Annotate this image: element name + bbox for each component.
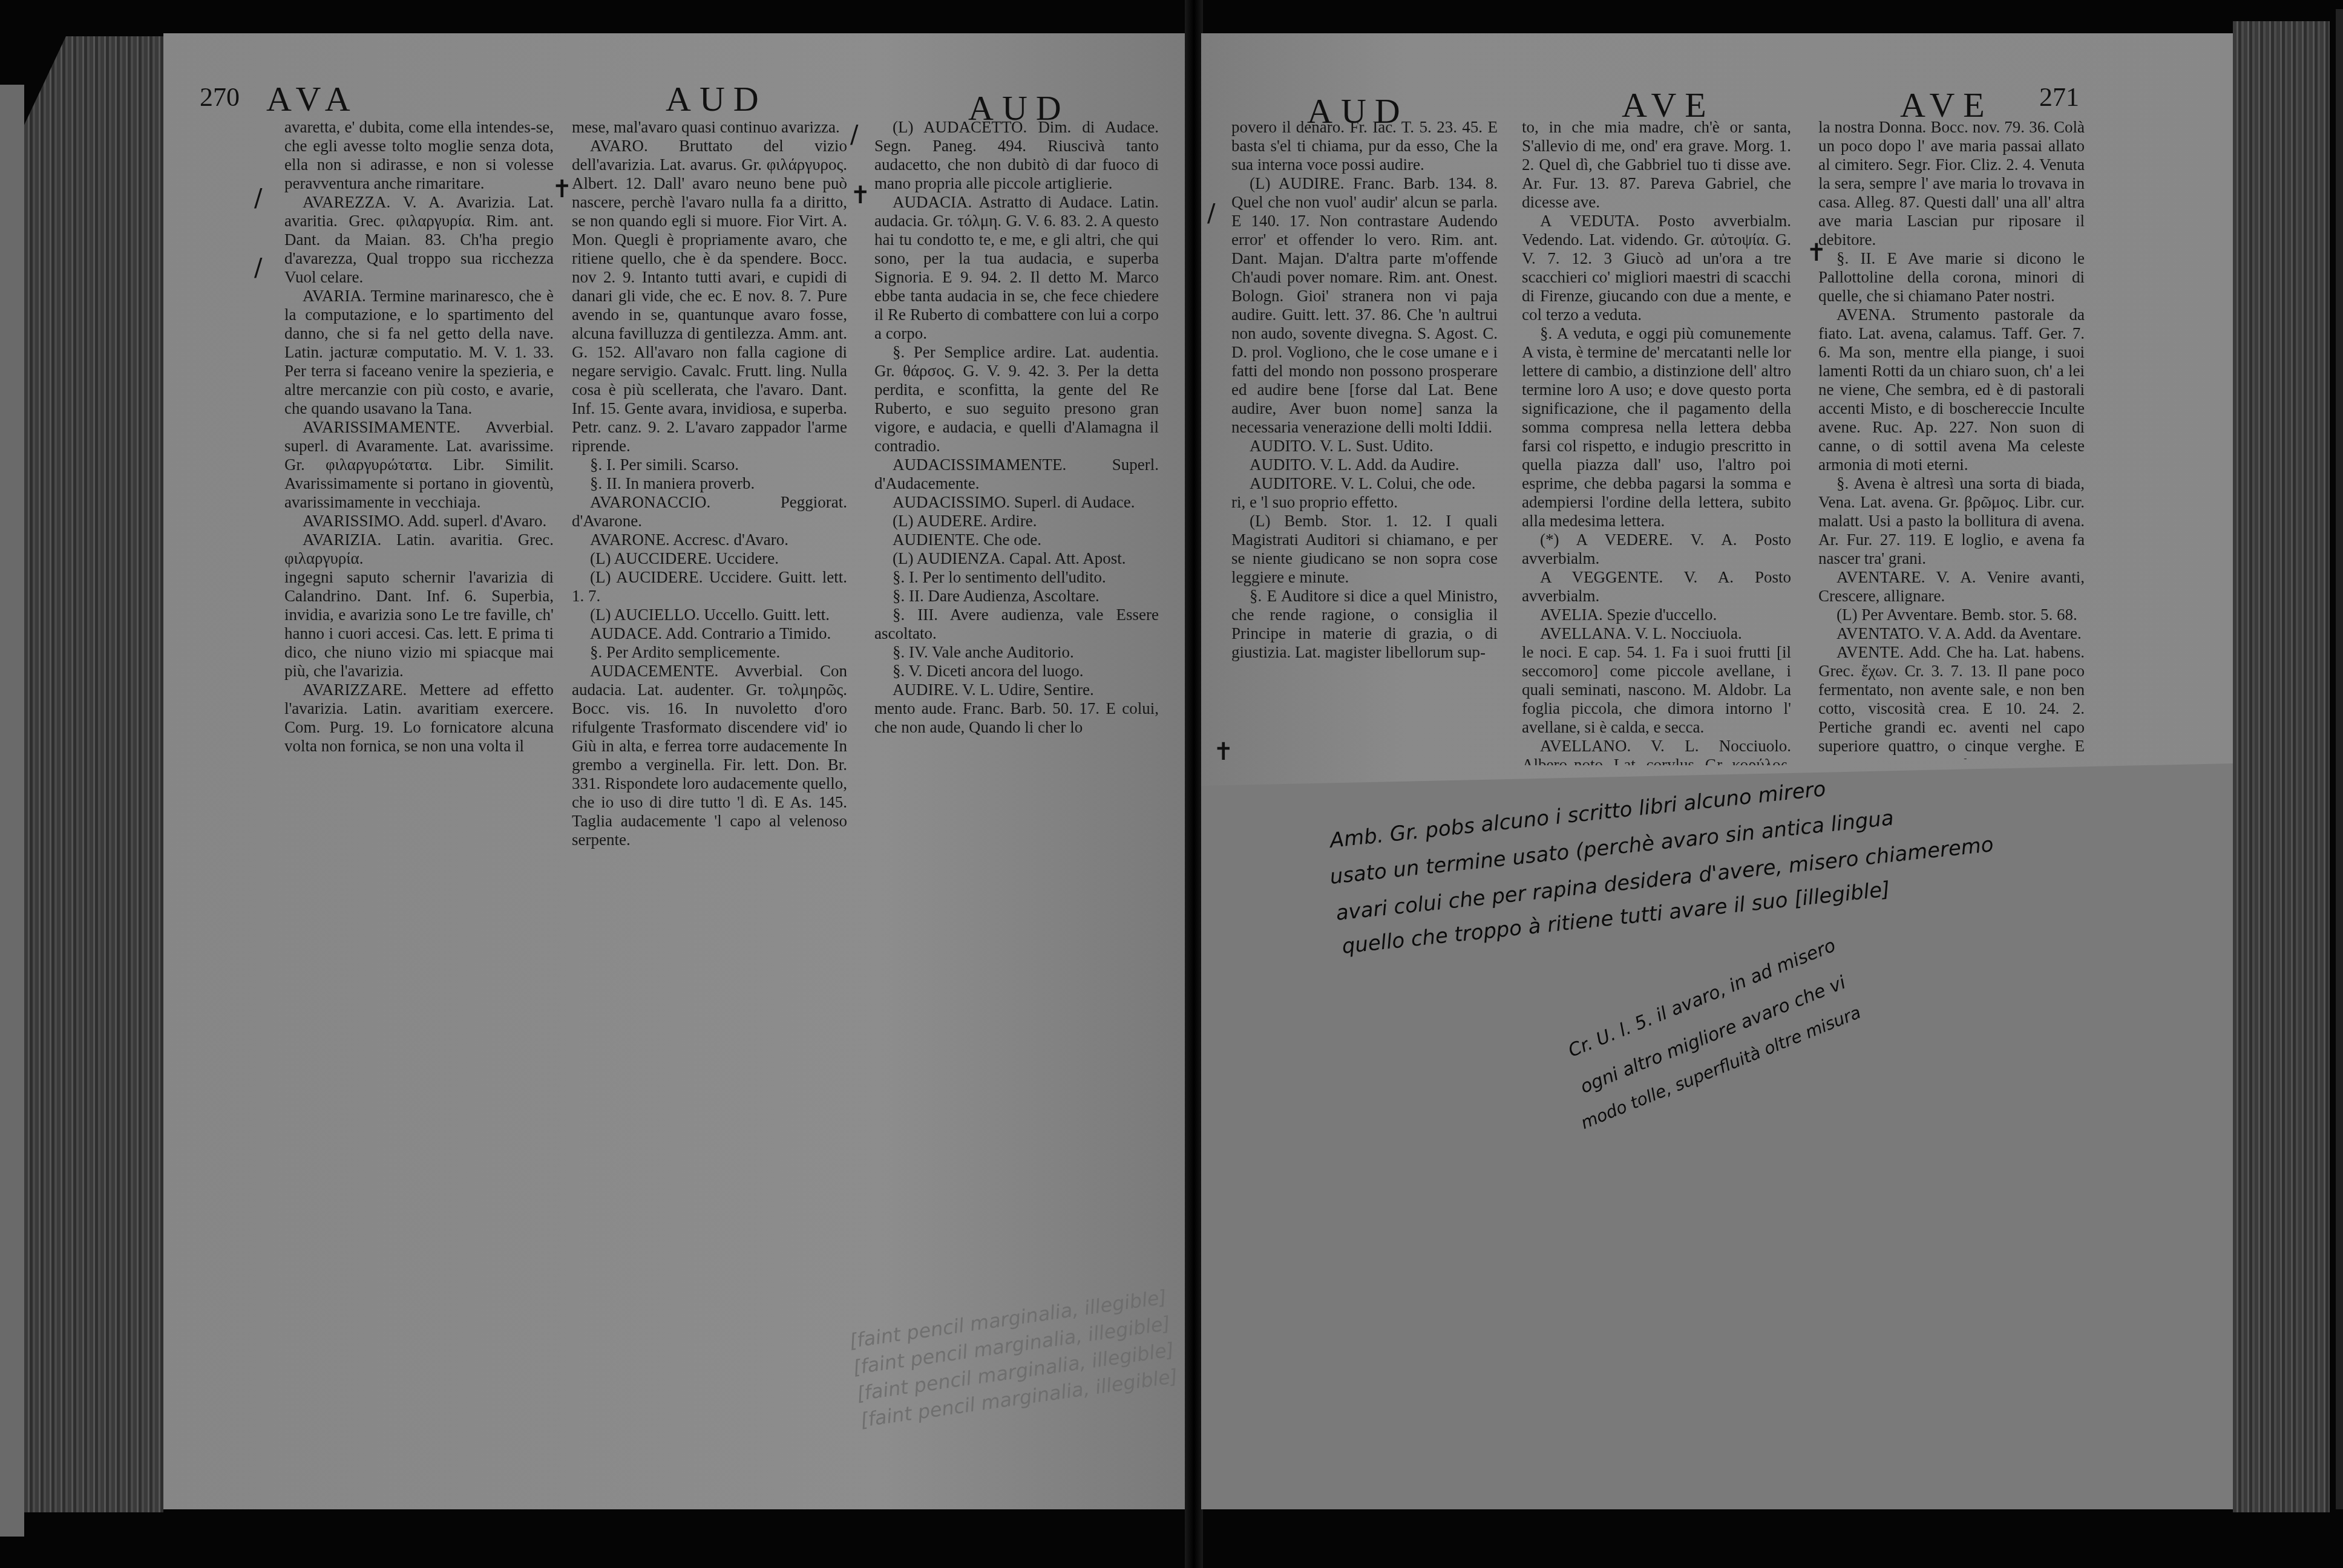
book-cover-left (0, 85, 24, 1537)
entry: AVENTARE. V. A. Venire avanti, Crescere,… (1818, 568, 2085, 606)
entry: AVARONE. Accresc. d'Avaro. (572, 531, 847, 549)
entry: §. II. In maniera proverb. (572, 474, 847, 493)
book-cover-right (2336, 9, 2343, 1509)
entry: §. II. Dare Audienza, Ascoltare. (874, 587, 1159, 606)
entry: §. A veduta, e oggi più comunemente A vi… (1522, 324, 1791, 531)
left-page-column-1: avaretta, e' dubita, come ella intendes-… (284, 118, 554, 1261)
page-fore-edge-left (24, 36, 163, 1512)
left-page-column-2: mese, mal'avaro quasi continuo avarizza.… (572, 118, 847, 1261)
entry: AUDACEMENTE. Avverbial. Con audacia. Lat… (572, 662, 847, 849)
entry: AVENTE. Add. Che ha. Lat. habens. Grec. … (1818, 643, 2085, 759)
ink-tick-mark: / (850, 121, 858, 149)
entry: AVARIZIA. Latin. avaritia. Grec. φιλαργυ… (284, 531, 554, 568)
entry: §. III. Avere audienza, vale Essere asco… (874, 606, 1159, 643)
ink-cross-mark: ✝ (1213, 738, 1234, 766)
left-page-number: 270 (200, 82, 240, 113)
entry: §. E Auditore si dice a quel Ministro, c… (1231, 587, 1498, 662)
ink-cross-mark: ✝ (850, 181, 871, 209)
entry: (L) AUCIDERE. Uccidere. Guitt. lett. 1. … (572, 568, 847, 606)
left-page-column-3: (L) AUDACETTO. Dim. di Audace. Segn. Pan… (874, 118, 1159, 1304)
right-page-column-3: la nostra Donna. Bocc. nov. 79. 36. Colà… (1818, 118, 2085, 759)
entry: AVARONACCIO. Peggiorat. d'Avarone. (572, 493, 847, 531)
entry: AVELLANA. V. L. Nocciuola. (1522, 624, 1791, 643)
entry: §. Per Ardito semplicemente. (572, 643, 847, 662)
entry: §. IV. Vale anche Auditorio. (874, 643, 1159, 662)
entry: avaretta, e' dubita, come ella intendes-… (284, 118, 554, 193)
entry: A VEDUTA. Posto avverbialm. Vedendo. Lat… (1522, 212, 1791, 324)
entry: §. I. Per simili. Scarso. (572, 456, 847, 474)
entry: AUDITO. V. L. Add. da Audire. (1231, 456, 1498, 474)
entry: AVARISSIMAMENTE. Avverbial. superl. di A… (284, 418, 554, 512)
ink-tick-mark: / (254, 185, 262, 212)
entry: to, in che mia madre, ch'è or santa, S'a… (1522, 118, 1791, 212)
entry: AVARO. Bruttato del vizio dell'avarizia.… (572, 137, 847, 456)
entry: AVELIA. Spezie d'uccello. (1522, 606, 1791, 624)
entry: AVARIA. Termine marinaresco, che è la co… (284, 287, 554, 418)
right-page-number: 271 (2039, 82, 2079, 113)
ink-cross-mark: ✝ (552, 175, 572, 203)
entry: AUDACISSIMAMENTE. Superl. d'Audacemente. (874, 456, 1159, 493)
entry: le noci. E cap. 54. 1. Fa i suoi frutti … (1522, 643, 1791, 737)
entry: AVENA. Strumento pastorale da fiato. Lat… (1818, 305, 2085, 474)
entry: (L) Per Avventare. Bemb. stor. 5. 68. (1818, 606, 2085, 624)
entry: ri, e 'l suo proprio effetto. (1231, 493, 1498, 512)
entry: AVARIZZARE. Mettere ad effetto l'avarizi… (284, 681, 554, 756)
entry: §. I. Per lo sentimento dell'udito. (874, 568, 1159, 587)
entry: povero il denaro. Fr. Iac. T. 5. 23. 45.… (1231, 118, 1498, 174)
entry: la nostra Donna. Bocc. nov. 79. 36. Colà… (1818, 118, 2085, 249)
ink-tick-mark: / (254, 254, 262, 282)
entry: AUDACIA. Astratto di Audace. Latin. auda… (874, 193, 1159, 343)
ink-tick-mark: / (1207, 200, 1215, 227)
right-page-column-1: povero il denaro. Fr. Iac. T. 5. 23. 45.… (1231, 118, 1498, 768)
entry: (L) AUDACETTO. Dim. di Audace. Segn. Pan… (874, 118, 1159, 193)
entry: AVARISSIMO. Add. superl. d'Avaro. (284, 512, 554, 531)
entry: AUDITORE. V. L. Colui, che ode. (1231, 474, 1498, 493)
entry: (L) AUDIRE. Franc. Barb. 134. 8. Quel ch… (1231, 174, 1498, 437)
entry: AVELLANO. V. L. Nocciuolo. Albero noto. … (1522, 737, 1791, 765)
entry: AVENTATO. V. A. Add. da Aventare. (1818, 624, 2085, 643)
entry: §. Avena è altresì una sorta di biada, V… (1818, 474, 2085, 568)
right-page-column-2: to, in che mia madre, ch'è or santa, S'a… (1522, 118, 1791, 765)
entry: §. V. Diceti ancora del luogo. (874, 662, 1159, 681)
page-fore-edge-right (2233, 21, 2330, 1512)
entry: AUDIRE. V. L. Udire, Sentire. (874, 681, 1159, 699)
entry: (L) AUDIENZA. Capal. Att. Apost. (874, 549, 1159, 568)
entry: AVAREZZA. V. A. Avarizia. Lat. avaritia.… (284, 193, 554, 287)
entry: (L) AUDERE. Ardire. (874, 512, 1159, 531)
left-running-head-2: AUD (666, 79, 767, 119)
entry: AUDIENTE. Che ode. (874, 531, 1159, 549)
entry: mento aude. Franc. Barb. 50. 17. E colui… (874, 699, 1159, 737)
ink-cross-mark: ✝ (1806, 239, 1827, 267)
entry: AUDACE. Add. Contrario a Timido. (572, 624, 847, 643)
left-running-head-1: AVA (266, 79, 359, 119)
book-gutter (1185, 0, 1203, 1568)
entry: AUDACISSIMO. Superl. di Audace. (874, 493, 1159, 512)
entry: (L) AUCIELLO. Uccello. Guitt. lett. (572, 606, 847, 624)
entry: A VEGGENTE. V. A. Posto avverbialm. (1522, 568, 1791, 606)
entry: §. II. E Ave marie si dicono le Pallotto… (1818, 249, 2085, 305)
entry: ingegni saputo schernir l'avarizia di Ca… (284, 568, 554, 681)
entry: AUDITO. V. L. Sust. Udito. (1231, 437, 1498, 456)
entry: (L) AUCCIDERE. Uccidere. (572, 549, 847, 568)
entry: (*) A VEDERE. V. A. Posto avverbialm. (1522, 531, 1791, 568)
entry: mese, mal'avaro quasi continuo avarizza. (572, 118, 847, 137)
entry: (L) Bemb. Stor. 1. 12. I quali Magistrat… (1231, 512, 1498, 587)
entry: §. Per Semplice ardire. Lat. audentia. G… (874, 343, 1159, 456)
